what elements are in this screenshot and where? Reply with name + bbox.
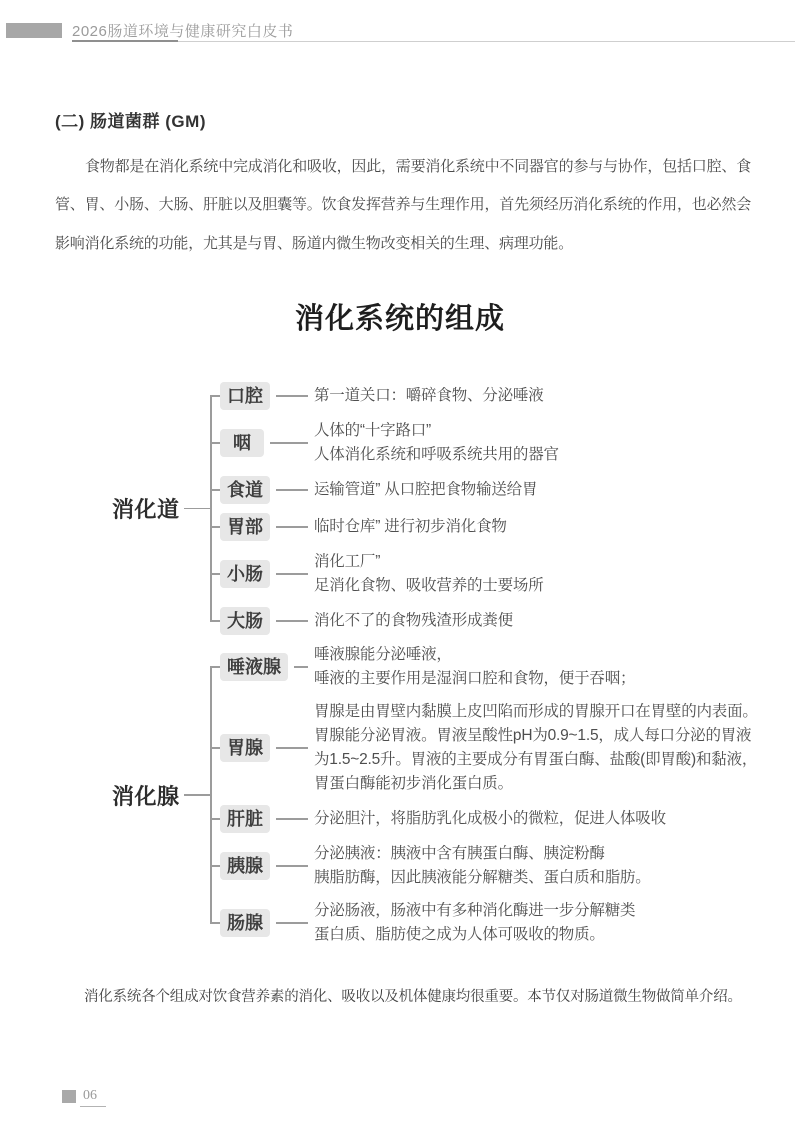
item-description-line: 蛋白质、脂肪使之成为人体可吸收的物质。 [314, 923, 635, 947]
organ-label: 咽 [233, 433, 251, 453]
organ-box: 小肠 [220, 560, 270, 588]
organ-label: 口腔 [227, 386, 263, 406]
diagram-item-row: 口腔 第一道关口：嚼碎食物、分泌唾液 [210, 382, 788, 410]
item-connector-line [270, 442, 308, 444]
item-connector-line [276, 922, 308, 924]
organ-label: 唾液腺 [227, 657, 281, 677]
item-description: 唾液腺能分泌唾液，唾液的主要作用是湿润口腔和食物，便于吞咽； [314, 643, 635, 691]
diagram-item-row: 肠腺 分泌肠液，肠液中有多种消化酶进一步分解糖类蛋白质、脂肪使之成为人体可吸收的… [210, 899, 788, 947]
organ-box: 胰腺 [220, 852, 270, 880]
item-description-line: 胃腺能分泌胃液。胃液呈酸性pH为0.9~1.5，成人每口分泌的胃液 [314, 724, 758, 748]
diagram-item-row: 大肠 消化不了的食物残渣形成粪便 [210, 607, 788, 635]
organ-box: 食道 [220, 476, 270, 504]
page-footer: 06 [62, 1088, 182, 1108]
item-description-line: 消化不了的食物残渣形成粪便 [314, 609, 513, 633]
item-description: 分泌肠液，肠液中有多种消化酶进一步分解糖类蛋白质、脂肪使之成为人体可吸收的物质。 [314, 899, 635, 947]
item-branch-line [210, 620, 220, 622]
organ-label: 胃腺 [227, 738, 263, 758]
item-description: 运输管道” 从口腔把食物输送给胃 [314, 478, 537, 502]
diagram-item-row: 肝脏 分泌胆汁，将脂肪乳化成极小的微粒，促进人体吸收 [210, 805, 788, 833]
item-connector-line [294, 666, 308, 668]
item-connector-line [276, 747, 308, 749]
item-description-line: 分泌胆汁，将脂肪乳化成极小的微粒，促进人体吸收 [314, 807, 666, 831]
header-rule [72, 41, 795, 42]
diagram-item-row: 胃腺 胃腺是由胃壁内黏膜上皮凹陷而形成的胃腺开口在胃壁的内表面。胃腺能分泌胃液。… [210, 700, 788, 796]
footer-rule [80, 1106, 106, 1107]
item-description-line: 唾液的主要作用是湿润口腔和食物，便于吞咽； [314, 667, 635, 691]
item-branch-line [210, 666, 220, 668]
diagram-group: 消化道 口腔 第一道关口：嚼碎食物、分泌唾液 咽 人体的“十字路口”人体消化系统… [112, 382, 788, 635]
item-description: 分泌胆汁，将脂肪乳化成极小的微粒，促进人体吸收 [314, 807, 666, 831]
item-description-line: 人体的“十字路口” [314, 419, 559, 443]
item-node-area: 肝脏 [220, 805, 314, 833]
item-description-line: 胰脂肪酶，因此胰液能分解糖类、蛋白质和脂肪。 [314, 866, 651, 890]
diagram-group: 消化腺 唾液腺 唾液腺能分泌唾液，唾液的主要作用是湿润口腔和食物，便于吞咽； 胃… [112, 643, 788, 947]
page-number: 06 [83, 1088, 97, 1104]
diagram-item-row: 唾液腺 唾液腺能分泌唾液，唾液的主要作用是湿润口腔和食物，便于吞咽； [210, 643, 788, 691]
item-description-line: 人体消化系统和呼吸系统共用的器官 [314, 443, 559, 467]
header-accent-block [6, 23, 62, 38]
item-description: 消化不了的食物残渣形成粪便 [314, 609, 513, 633]
item-description-line: 胃蛋白酶能初步消化蛋白质。 [314, 772, 758, 796]
diagram-title: 消化系统的组成 [0, 296, 800, 337]
diagram-item-row: 食道 运输管道” 从口腔把食物输送给胃 [210, 476, 788, 504]
item-description-line: 消化工厂” [314, 550, 544, 574]
item-node-area: 肠腺 [220, 909, 314, 937]
item-description-line: 分泌胰液：胰液中含有胰蛋白酶、胰淀粉酶 [314, 842, 651, 866]
organ-box: 咽 [220, 429, 264, 457]
organ-label: 肠腺 [227, 913, 263, 933]
item-connector-line [276, 395, 308, 397]
organ-box: 口腔 [220, 382, 270, 410]
item-node-area: 唾液腺 [220, 653, 314, 681]
group-spine-line [210, 667, 212, 923]
item-node-area: 胃部 [220, 513, 314, 541]
item-connector-line [276, 865, 308, 867]
organ-box: 胃部 [220, 513, 270, 541]
organ-label: 小肠 [227, 564, 263, 584]
item-branch-line [210, 922, 220, 924]
group-items: 唾液腺 唾液腺能分泌唾液，唾液的主要作用是湿润口腔和食物，便于吞咽； 胃腺 胃腺… [210, 643, 788, 947]
group-items: 口腔 第一道关口：嚼碎食物、分泌唾液 咽 人体的“十字路口”人体消化系统和呼吸系… [210, 382, 788, 635]
item-node-area: 小肠 [220, 560, 314, 588]
group-label: 消化腺 [112, 780, 184, 811]
organ-label: 肝脏 [227, 809, 263, 829]
organ-label: 胰腺 [227, 856, 263, 876]
item-branch-line [210, 526, 220, 528]
organ-label: 大肠 [227, 611, 263, 631]
item-description: 分泌胰液：胰液中含有胰蛋白酶、胰淀粉酶胰脂肪酶，因此胰液能分解糖类、蛋白质和脂肪… [314, 842, 651, 890]
item-node-area: 大肠 [220, 607, 314, 635]
item-connector-line [276, 573, 308, 575]
organ-label: 胃部 [227, 517, 263, 537]
item-connector-line [276, 489, 308, 491]
item-description-line: 足消化食物、吸收营养的士要场所 [314, 574, 544, 598]
item-branch-line [210, 865, 220, 867]
item-branch-line [210, 489, 220, 491]
section-heading: (二) 肠道菌群 (GM) [55, 107, 206, 132]
item-description: 消化工厂”足消化食物、吸收营养的士要场所 [314, 550, 544, 598]
diagram-item-row: 咽 人体的“十字路口”人体消化系统和呼吸系统共用的器官 [210, 419, 788, 467]
footer-accent-block [62, 1090, 76, 1103]
item-description-line: 胃腺是由胃壁内黏膜上皮凹陷而形成的胃腺开口在胃壁的内表面。 [314, 700, 758, 724]
item-description-line: 第一道关口：嚼碎食物、分泌唾液 [314, 384, 544, 408]
item-description-line: 唾液腺能分泌唾液， [314, 643, 635, 667]
item-branch-line [210, 573, 220, 575]
group-label: 消化道 [112, 493, 184, 524]
item-node-area: 食道 [220, 476, 314, 504]
item-description: 人体的“十字路口”人体消化系统和呼吸系统共用的器官 [314, 419, 559, 467]
closing-paragraph: 消化系统各个组成对饮食营养素的消化、吸收以及机体健康均很重要。本节仅对肠道微生物… [55, 986, 755, 1009]
item-branch-line [210, 747, 220, 749]
group-spine-line [210, 396, 212, 621]
organ-box: 肠腺 [220, 909, 270, 937]
document-title: 2026肠道环境与健康研究白皮书 [72, 20, 293, 41]
group-connector-line [184, 794, 210, 796]
diagram-item-row: 胃部 临时仓库” 进行初步消化食物 [210, 513, 788, 541]
organ-box: 肝脏 [220, 805, 270, 833]
item-node-area: 胰腺 [220, 852, 314, 880]
item-connector-line [276, 818, 308, 820]
item-description: 临时仓库” 进行初步消化食物 [314, 515, 507, 539]
item-connector-line [276, 620, 308, 622]
item-description-line: 分泌肠液，肠液中有多种消化酶进一步分解糖类 [314, 899, 635, 923]
item-branch-line [210, 818, 220, 820]
diagram-item-row: 小肠 消化工厂”足消化食物、吸收营养的士要场所 [210, 550, 788, 598]
item-node-area: 胃腺 [220, 734, 314, 762]
group-connector-line [184, 508, 210, 510]
item-node-area: 咽 [220, 429, 314, 457]
organ-box: 大肠 [220, 607, 270, 635]
body-paragraph: 食物都是在消化系统中完成消化和吸收，因此，需要消化系统中不同器官的参与与协作，包… [55, 148, 751, 263]
diagram-item-row: 胰腺 分泌胰液：胰液中含有胰蛋白酶、胰淀粉酶胰脂肪酶，因此胰液能分解糖类、蛋白质… [210, 842, 788, 890]
organ-box: 唾液腺 [220, 653, 288, 681]
item-branch-line [210, 442, 220, 444]
page-header: 2026肠道环境与健康研究白皮书 [0, 22, 800, 44]
item-connector-line [276, 526, 308, 528]
item-description-line: 运输管道” 从口腔把食物输送给胃 [314, 478, 537, 502]
item-description-line: 为1.5~2.5升。胃液的主要成分有胃蛋白酶、盐酸(即胃酸)和黏液， [314, 748, 758, 772]
item-branch-line [210, 395, 220, 397]
item-description-line: 临时仓库” 进行初步消化食物 [314, 515, 507, 539]
header-rule-accent [72, 40, 178, 42]
organ-label: 食道 [227, 480, 263, 500]
digestive-system-diagram: 消化道 口腔 第一道关口：嚼碎食物、分泌唾液 咽 人体的“十字路口”人体消化系统… [112, 382, 788, 955]
diagram-groups: 消化道 口腔 第一道关口：嚼碎食物、分泌唾液 咽 人体的“十字路口”人体消化系统… [112, 382, 788, 947]
item-node-area: 口腔 [220, 382, 314, 410]
organ-box: 胃腺 [220, 734, 270, 762]
item-description: 第一道关口：嚼碎食物、分泌唾液 [314, 384, 544, 408]
item-description: 胃腺是由胃壁内黏膜上皮凹陷而形成的胃腺开口在胃壁的内表面。胃腺能分泌胃液。胃液呈… [314, 700, 758, 796]
